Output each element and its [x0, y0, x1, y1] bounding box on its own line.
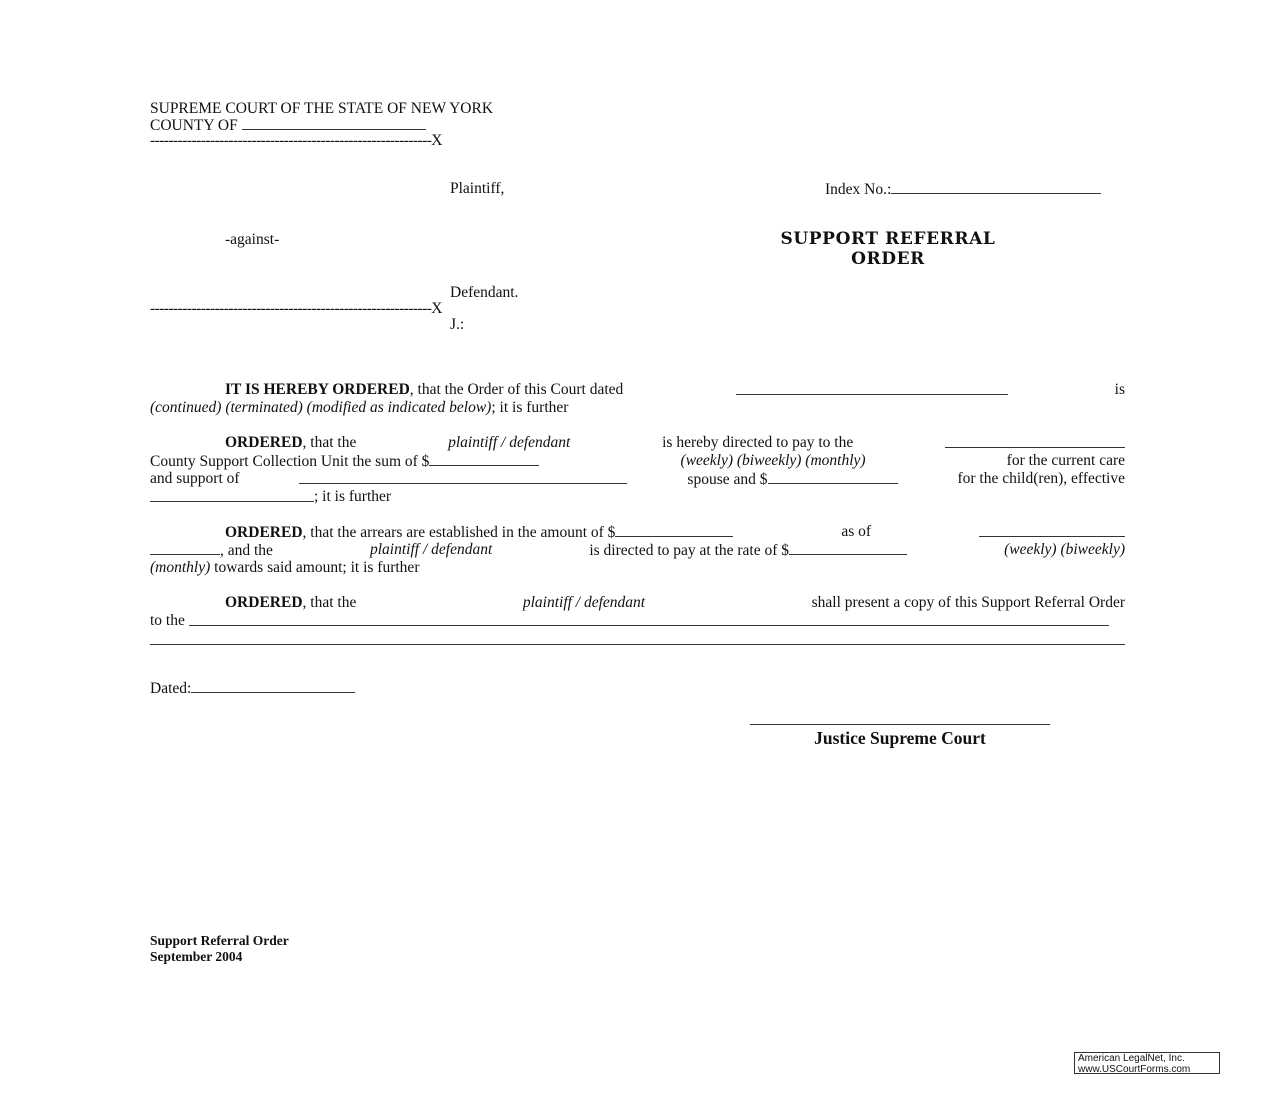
collection-county-field[interactable] [945, 434, 1125, 448]
index-number-line: Index No.: [825, 180, 1101, 198]
p3-line1: ORDERED, that the arrears are establishe… [150, 523, 1125, 541]
order-date-field[interactable] [736, 381, 1008, 395]
order-paragraph-2: ORDERED, that the plaintiff / defendant … [150, 434, 1125, 506]
p2-line1: ORDERED, that the plaintiff / defendant … [150, 434, 1125, 452]
document-title: SUPPORT REFERRAL ORDER [740, 229, 1036, 269]
defendant-label: Defendant. [450, 284, 518, 301]
p3-tail: towards said amount; it is further [214, 559, 419, 577]
p2-text3-group: County Support Collection Unit the sum o… [150, 452, 539, 470]
caption-bottom-separator: ----------------------------------------… [150, 300, 442, 317]
document-title-line1: SUPPORT REFERRAL [740, 229, 1036, 249]
publisher-stamp: American LegalNet, Inc. www.USCourtForms… [1074, 1052, 1220, 1074]
p4-party: plaintiff / defendant [523, 594, 645, 612]
footer-form-date: September 2004 [150, 949, 242, 965]
p2-text3: County Support Collection Unit the sum o… [150, 453, 429, 470]
p2-text5: and support of [150, 470, 240, 488]
p3-text1: , that the arrears are established in th… [303, 524, 616, 541]
against-label: -against- [225, 231, 279, 248]
dated-label: Dated: [150, 680, 191, 697]
p2-lead: ORDERED [225, 434, 303, 451]
p3-line2: , and the plaintiff / defendant is direc… [150, 541, 1125, 559]
p3-lead: ORDERED [225, 524, 303, 541]
p4-line2: to the [150, 612, 1125, 630]
caption-top-separator: ----------------------------------------… [150, 132, 442, 149]
document-title-line2: ORDER [740, 249, 1036, 269]
p2-text4: for the current care [1007, 452, 1125, 470]
support-sum-field[interactable] [429, 452, 539, 466]
index-number-label: Index No.: [825, 181, 891, 198]
recipient-field[interactable] [189, 612, 1109, 626]
p1-text1: , that the Order of this Court dated [410, 381, 624, 398]
p1-text2: is [1115, 381, 1125, 399]
p2-tail: ; it is further [314, 488, 391, 506]
county-field[interactable] [242, 116, 426, 130]
p1-line1-text: IT IS HEREBY ORDERED, that the Order of … [150, 381, 623, 399]
index-number-field[interactable] [891, 180, 1101, 194]
dated-line: Dated: [150, 679, 355, 697]
p2-line3: and support of spouse and $ for the chil… [150, 470, 1125, 488]
order-paragraph-4: ORDERED, that the plaintiff / defendant … [150, 594, 1125, 630]
p3-text4-group: is directed to pay at the rate of $ [589, 541, 907, 559]
p2-text6: spouse and $ [687, 471, 767, 488]
publisher-url[interactable]: www.USCourtForms.com [1078, 1064, 1219, 1075]
justice-label: J.: [450, 316, 464, 333]
p3-text2: as of [841, 523, 871, 541]
p3-text4: is directed to pay at the rate of $ [589, 542, 789, 559]
recipient-field-line2[interactable] [150, 644, 1125, 645]
order-paragraph-1: IT IS HEREBY ORDERED, that the Order of … [150, 381, 1125, 417]
court-name: SUPREME COURT OF THE STATE OF NEW YORK [150, 100, 493, 117]
p2-line1-lead: ORDERED, that the [150, 434, 356, 452]
p4-text3: to the [150, 612, 185, 630]
p3-party: plaintiff / defendant [370, 541, 492, 559]
arrears-as-of-field-cont[interactable] [150, 541, 220, 555]
p3-frequency1: (weekly) (biweekly) [1004, 541, 1125, 559]
signature-line[interactable] [750, 724, 1050, 725]
p3-line2-lead: , and the [150, 541, 273, 559]
p2-frequency: (weekly) (biweekly) (monthly) [681, 452, 866, 470]
arrears-amount-field[interactable] [615, 523, 733, 537]
p3-text3: , and the [220, 542, 273, 559]
p2-party: plaintiff / defendant [448, 434, 570, 452]
arrears-as-of-field[interactable] [979, 523, 1125, 537]
p2-text7: for the child(ren), effective [957, 470, 1125, 488]
p1-options: (continued) (terminated) (modified as in… [150, 399, 491, 417]
p4-lead: ORDERED [225, 594, 303, 611]
p1-lead: IT IS HEREBY ORDERED [225, 381, 410, 398]
p4-text1: , that the [303, 594, 357, 611]
p1-tail: ; it is further [491, 399, 568, 417]
p1-line2: (continued) (terminated) (modified as in… [150, 399, 1125, 417]
signer-title: Justice Supreme Court [750, 728, 1050, 748]
p2-line2: County Support Collection Unit the sum o… [150, 452, 1125, 470]
publisher-name: American LegalNet, Inc. [1078, 1053, 1219, 1064]
p4-text2: shall present a copy of this Support Ref… [812, 594, 1125, 612]
p2-line4: ; it is further [150, 488, 1125, 506]
p2-text6-group: spouse and $ [687, 470, 897, 488]
p2-text1: , that the [303, 434, 357, 451]
p3-line1-lead: ORDERED, that the arrears are establishe… [150, 523, 733, 541]
p1-line1: IT IS HEREBY ORDERED, that the Order of … [150, 381, 1125, 399]
p2-text2: is hereby directed to pay to the [662, 434, 853, 452]
p4-line1: ORDERED, that the plaintiff / defendant … [150, 594, 1125, 612]
payment-rate-field[interactable] [789, 541, 907, 555]
p3-frequency2: (monthly) [150, 559, 210, 577]
child-support-amount-field[interactable] [768, 470, 898, 484]
footer-form-name: Support Referral Order [150, 933, 289, 949]
p4-line1-lead: ORDERED, that the [150, 594, 356, 612]
plaintiff-label: Plaintiff, [450, 180, 504, 197]
dated-field[interactable] [191, 679, 355, 693]
p3-line3: (monthly) towards said amount; it is fur… [150, 559, 1125, 577]
support-of-field[interactable] [299, 470, 627, 484]
order-paragraph-3: ORDERED, that the arrears are establishe… [150, 523, 1125, 577]
effective-date-field[interactable] [150, 488, 314, 502]
